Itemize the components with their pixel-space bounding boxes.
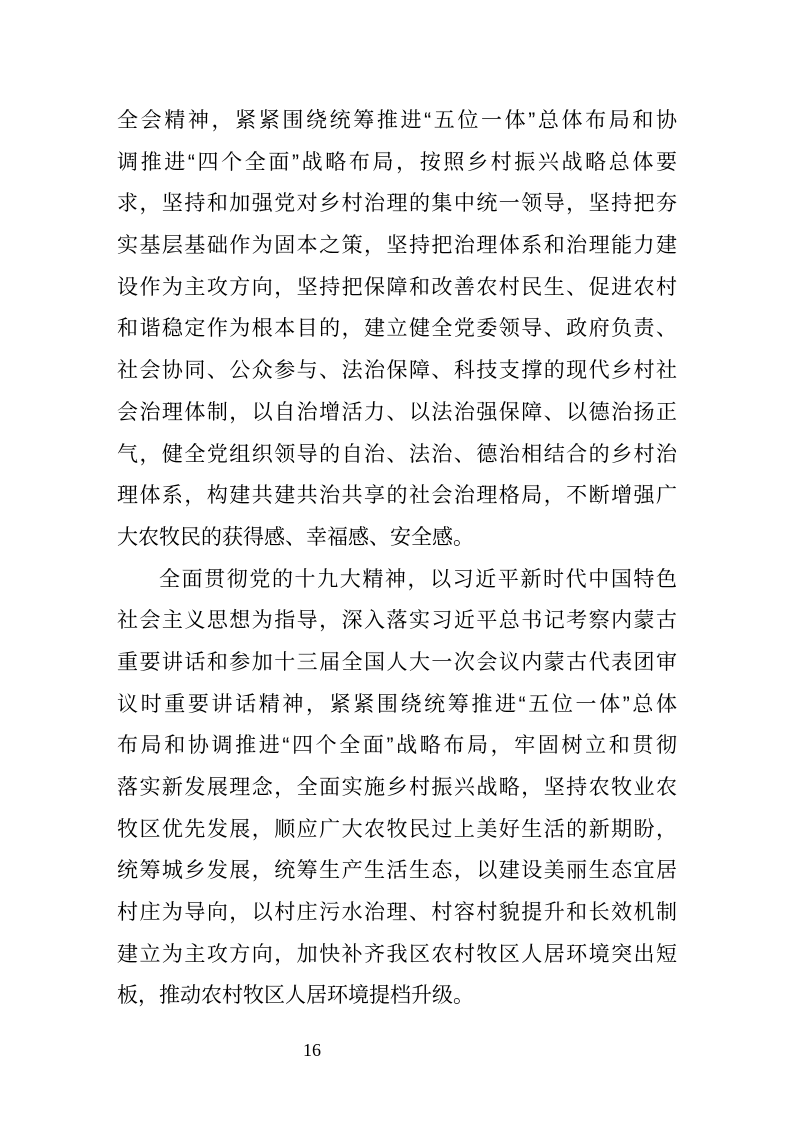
text-line: 议时重要讲话精神，紧紧围绕统筹推进“五位一体”总体	[117, 684, 677, 726]
text-line: 重要讲话和参加十三届全国人大一次会议内蒙古代表团审	[117, 642, 677, 684]
text-line: 全面贯彻党的十九大精神，以习近平新时代中国特色	[117, 559, 677, 601]
text-line: 牧区优先发展，顺应广大农牧民过上美好生活的新期盼，	[117, 809, 677, 851]
text-line: 气，健全党组织领导的自治、法治、德治相结合的乡村治	[117, 434, 677, 476]
text-line: 设作为主攻方向，坚持把保障和改善农村民生、促进农村	[117, 267, 677, 309]
text-line: 会治理体制，以自治增活力、以法治强保障、以德治扬正	[117, 392, 677, 434]
document-page: 全会精神，紧紧围绕统筹推进“五位一体”总体布局和协 调推进“四个全面”战略布局，…	[0, 0, 793, 1122]
text-block: 全会精神，紧紧围绕统筹推进“五位一体”总体布局和协 调推进“四个全面”战略布局，…	[117, 100, 677, 1017]
text-line: 板，推动农村牧区人居环境提档升级。	[117, 975, 677, 1017]
text-line: 统筹城乡发展，统筹生产生活生态，以建设美丽生态宜居	[117, 850, 677, 892]
text-line: 社会主义思想为指导，深入落实习近平总书记考察内蒙古	[117, 600, 677, 642]
text-line: 大农牧民的获得感、幸福感、安全感。	[117, 517, 677, 559]
text-line: 调推进“四个全面”战略布局，按照乡村振兴战略总体要	[117, 142, 677, 184]
page-number: 16	[303, 1041, 321, 1059]
text-line: 实基层基础作为固本之策，坚持把治理体系和治理能力建	[117, 225, 677, 267]
text-line: 社会协同、公众参与、法治保障、科技支撑的现代乡村社	[117, 350, 677, 392]
text-line: 建立为主攻方向，加快补齐我区农村牧区人居环境突出短	[117, 934, 677, 976]
text-line: 落实新发展理念，全面实施乡村振兴战略，坚持农牧业农	[117, 767, 677, 809]
text-line: 全会精神，紧紧围绕统筹推进“五位一体”总体布局和协	[117, 100, 677, 142]
text-line: 理体系，构建共建共治共享的社会治理格局，不断增强广	[117, 475, 677, 517]
text-line: 和谐稳定作为根本目的，建立健全党委领导、政府负责、	[117, 308, 677, 350]
text-line: 布局和协调推进“四个全面”战略布局，牢固树立和贯彻	[117, 725, 677, 767]
text-line: 村庄为导向，以村庄污水治理、村容村貌提升和长效机制	[117, 892, 677, 934]
text-line: 求，坚持和加强党对乡村治理的集中统一领导，坚持把夯	[117, 183, 677, 225]
